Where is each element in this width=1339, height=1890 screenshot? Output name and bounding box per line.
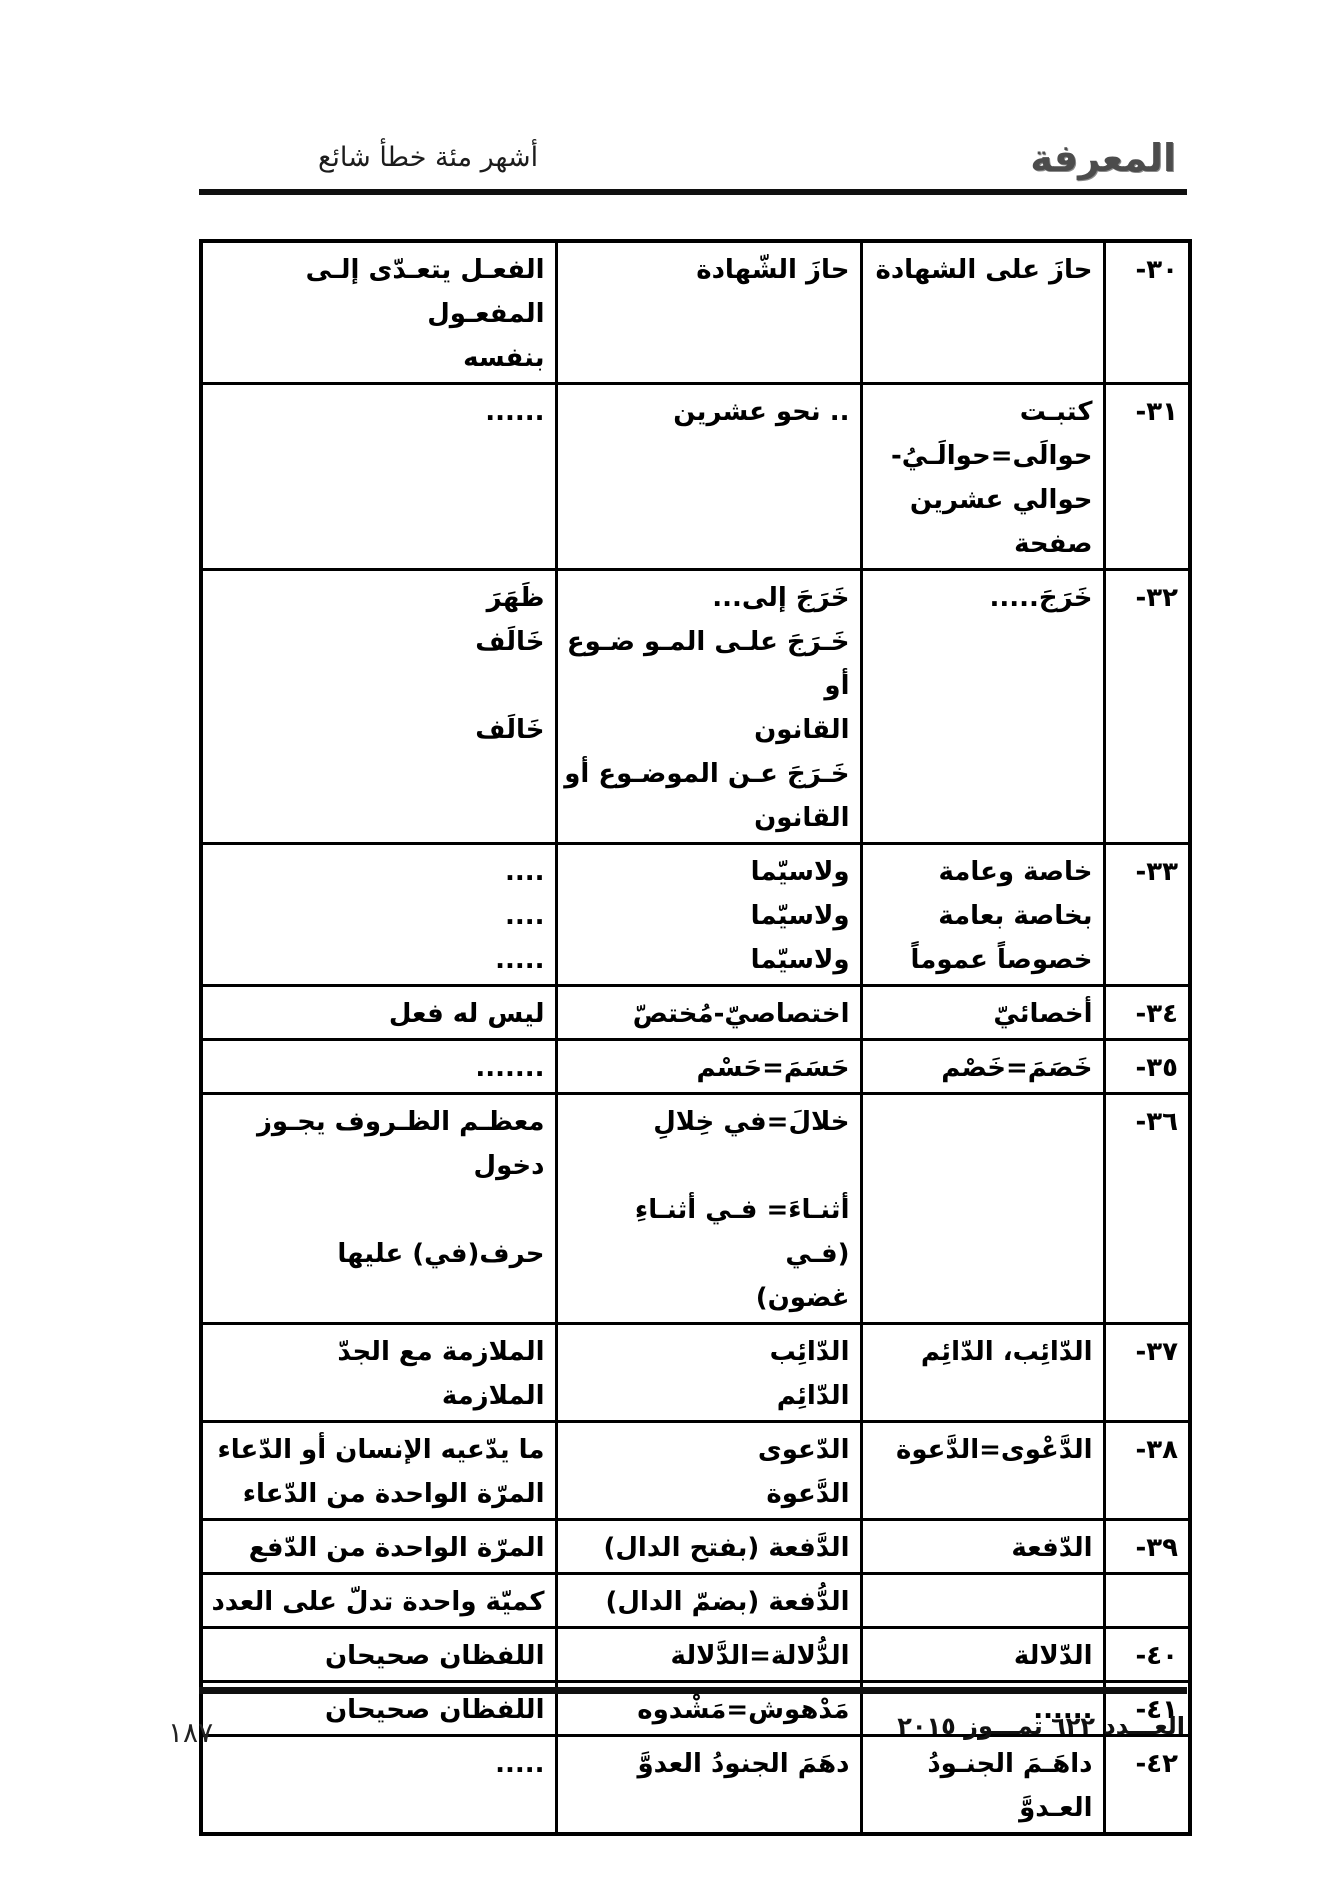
table-row: ٣١-كتبـت حوالَى=حوالَـيُ-حوالي عشرين صفح… [201, 384, 1190, 570]
cell-line: ٣٠- [1112, 248, 1179, 292]
cell-line: خَـرَجَ علـى المـو ضـوع أو [564, 620, 850, 708]
issue-info: العـــدد ٦٢٢ تمـــوز ٢٠١٥ [897, 1712, 1185, 1740]
cell-line [869, 1580, 1093, 1624]
magazine-page: أشهر مئة خطأ شائع المعرفة ٣٠-حازَ على ال… [0, 0, 1339, 1890]
cell-line: اختصاصيّ-مُختصّ [564, 992, 850, 1036]
cell-line: .... [209, 894, 545, 938]
cell-wrong-usage [861, 1574, 1104, 1628]
cell-line: .. نحو عشرين [564, 390, 850, 434]
cell-explanation: معظـم الظـروف يجـوز دخولحرف(في) عليها [201, 1094, 556, 1324]
cell-line: ٣٢- [1112, 576, 1179, 620]
cell-line: الدّائِب [564, 1330, 850, 1374]
cell-line: اللفظان صحيحان [209, 1634, 545, 1678]
cell-row-number: ٤٢- [1104, 1736, 1190, 1835]
cell-explanation: ليس له فعل [201, 986, 556, 1040]
errors-table-body: ٣٠-حازَ على الشهادةحازَ الشّهادةالفعـل ي… [201, 241, 1190, 1834]
cell-line: الملازمة مع الجدّ [209, 1330, 545, 1374]
cell-line: خَرَجَ إلى... [564, 576, 850, 620]
cell-line: بخاصة بعامة [869, 894, 1093, 938]
cell-wrong-usage: خَرَجَ..... [861, 570, 1104, 844]
cell-row-number: ٣٥- [1104, 1040, 1190, 1094]
cell-correct-usage: الدّائِبالدّائِم [556, 1324, 861, 1422]
cell-explanation: المرّة الواحدة من الدّفع [201, 1520, 556, 1574]
cell-line: معظـم الظـروف يجـوز دخول [209, 1100, 545, 1188]
table-row: ٣٥-خَصَمَ=خَصْمحَسَمَ=حَسْم....... [201, 1040, 1190, 1094]
cell-correct-usage: حازَ الشّهادة [556, 241, 861, 384]
cell-row-number: ٣٧- [1104, 1324, 1190, 1422]
cell-line: الدُّلالة=الدَّلالة [564, 1634, 850, 1678]
cell-line: المرّة الواحدة من الدّفع [209, 1526, 545, 1570]
cell-wrong-usage: داهَـمَ الجنـودُ العـدوَّ [861, 1736, 1104, 1835]
cell-line: داهَـمَ الجنـودُ العـدوَّ [869, 1742, 1093, 1830]
cell-line: مَدْهوش=مَشْدوه [564, 1688, 850, 1732]
cell-line: ٣١- [1112, 390, 1179, 434]
cell-row-number: ٣٤- [1104, 986, 1190, 1040]
cell-wrong-usage: حازَ على الشهادة [861, 241, 1104, 384]
table-row: ٣٨-الدَّعْوى=الدَّعوةالدّعوىالدَّعوةما ي… [201, 1422, 1190, 1520]
cell-line: الدّفعة [869, 1526, 1093, 1570]
cell-line: المرّة الواحدة من الدّعاء [209, 1472, 545, 1516]
cell-row-number: ٣٣- [1104, 844, 1190, 986]
cell-line: حوالي عشرين صفحة [869, 478, 1093, 566]
cell-line: خلالَ=في خِلالِ [564, 1100, 850, 1144]
cell-line [564, 1144, 850, 1188]
cell-line [209, 664, 545, 708]
cell-line: دهَمَ الجنودُ العدوَّ [564, 1742, 850, 1786]
cell-row-number: ٣٠- [1104, 241, 1190, 384]
cell-wrong-usage: خَصَمَ=خَصْم [861, 1040, 1104, 1094]
cell-line [209, 1188, 545, 1232]
cell-line [209, 752, 545, 796]
cell-line: ولاسيّما [564, 894, 850, 938]
cell-line: الدّائِب، الدّائِم [869, 1330, 1093, 1374]
cell-line: القانون [564, 796, 850, 840]
cell-line: خَرَجَ..... [869, 576, 1093, 620]
cell-line: خَـرَجَ عـن الموضـوع أو [564, 752, 850, 796]
common-errors-table: ٣٠-حازَ على الشهادةحازَ الشّهادةالفعـل ي… [199, 239, 1192, 1836]
cell-line: الدّعوى [564, 1428, 850, 1472]
cell-line: ٣٨- [1112, 1428, 1179, 1472]
cell-line: كتبـت حوالَى=حوالَـيُ- [869, 390, 1093, 478]
table-row: ٣٢-خَرَجَ.....خَرَجَ إلى...خَـرَجَ علـى … [201, 570, 1190, 844]
cell-line: خاصة وعامة [869, 850, 1093, 894]
cell-line: الدَّعْوى=الدَّعوة [869, 1428, 1093, 1472]
cell-line: الدُّفعة (بضمّ الدال) [564, 1580, 850, 1624]
cell-correct-usage: اختصاصيّ-مُختصّ [556, 986, 861, 1040]
cell-correct-usage: حَسَمَ=حَسْم [556, 1040, 861, 1094]
table-row: ٣٤-أخصائيّاختصاصيّ-مُختصّليس له فعل [201, 986, 1190, 1040]
cell-explanation: كميّة واحدة تدلّ على العدد [201, 1574, 556, 1628]
cell-line: الفعـل يتعـدّى إلـى المفعـول [209, 248, 545, 336]
cell-line [209, 1276, 545, 1320]
cell-wrong-usage: خاصة وعامةبخاصة بعامةخصوصاً عموماً [861, 844, 1104, 986]
table-row: ٤٠-الدّلالةالدُّلالة=الدَّلالةاللفظان صح… [201, 1628, 1190, 1682]
table-row: الدُّفعة (بضمّ الدال)كميّة واحدة تدلّ عل… [201, 1574, 1190, 1628]
cell-row-number: ٤٠- [1104, 1628, 1190, 1682]
cell-line: ٣٩- [1112, 1526, 1179, 1570]
cell-wrong-usage: الدّفعة [861, 1520, 1104, 1574]
cell-line: ..... [209, 938, 545, 982]
footer-divider [199, 1687, 1187, 1694]
header-divider [199, 189, 1187, 195]
cell-line: ..... [209, 1742, 545, 1786]
cell-correct-usage: الدَّفعة (بفتح الدال) [556, 1520, 861, 1574]
cell-correct-usage: خَرَجَ إلى...خَـرَجَ علـى المـو ضـوع أوا… [556, 570, 861, 844]
cell-line: كميّة واحدة تدلّ على العدد [209, 1580, 545, 1624]
cell-line: ٤٢- [1112, 1742, 1179, 1786]
cell-line [869, 1100, 1093, 1144]
cell-line: الدَّعوة [564, 1472, 850, 1516]
cell-line: القانون [564, 708, 850, 752]
cell-line: ظَهَرَ [209, 576, 545, 620]
cell-line: حَسَمَ=حَسْم [564, 1046, 850, 1090]
cell-wrong-usage: الدّلالة [861, 1628, 1104, 1682]
cell-row-number: ٣٢- [1104, 570, 1190, 844]
cell-correct-usage: .. نحو عشرين [556, 384, 861, 570]
cell-line: غضون) [564, 1276, 850, 1320]
cell-explanation: ............. [201, 844, 556, 986]
cell-explanation: ..... [201, 1736, 556, 1835]
cell-line: أخصائيّ [869, 992, 1093, 1036]
cell-row-number: ٣٩- [1104, 1520, 1190, 1574]
cell-line: خَالَف [209, 708, 545, 752]
cell-explanation: الملازمة مع الجدّالملازمة [201, 1324, 556, 1422]
cell-line: ما يدّعيه الإنسان أو الدّعاء [209, 1428, 545, 1472]
cell-wrong-usage: الدّائِب، الدّائِم [861, 1324, 1104, 1422]
cell-correct-usage: الدّعوىالدَّعوة [556, 1422, 861, 1520]
cell-explanation: ما يدّعيه الإنسان أو الدّعاءالمرّة الواح… [201, 1422, 556, 1520]
cell-row-number [1104, 1574, 1190, 1628]
table-row: ٣٦-خلالَ=في خِلالِأثنـاءَ= فـي أثنـاءِ (… [201, 1094, 1190, 1324]
cell-row-number: ٣١- [1104, 384, 1190, 570]
cell-explanation: ....... [201, 1040, 556, 1094]
cell-line: ٣٧- [1112, 1330, 1179, 1374]
cell-line: ٣٣- [1112, 850, 1179, 894]
cell-line: .... [209, 850, 545, 894]
cell-line: بنفسه [209, 336, 545, 380]
page-title: أشهر مئة خطأ شائع [318, 142, 538, 173]
cell-line: حازَ على الشهادة [869, 248, 1093, 292]
table-row: ٤٢-داهَـمَ الجنـودُ العـدوَّدهَمَ الجنود… [201, 1736, 1190, 1835]
cell-line: ٣٥- [1112, 1046, 1179, 1090]
cell-explanation: ظَهَرَخَالَفخَالَف [201, 570, 556, 844]
cell-line: ولاسيّما [564, 850, 850, 894]
cell-wrong-usage: كتبـت حوالَى=حوالَـيُ-حوالي عشرين صفحة [861, 384, 1104, 570]
cell-line: ٣٦- [1112, 1100, 1179, 1144]
page-number: ١٨٧ [168, 1716, 213, 1749]
cell-line: أثنـاءَ= فـي أثنـاءِ (فـي [564, 1188, 850, 1276]
cell-row-number: ٣٦- [1104, 1094, 1190, 1324]
cell-line: الدّائِم [564, 1374, 850, 1418]
cell-line: ٤٠- [1112, 1634, 1179, 1678]
cell-correct-usage: الدُّلالة=الدَّلالة [556, 1628, 861, 1682]
cell-line: ٣٤- [1112, 992, 1179, 1036]
cell-line: الدَّفعة (بفتح الدال) [564, 1526, 850, 1570]
cell-wrong-usage: الدَّعْوى=الدَّعوة [861, 1422, 1104, 1520]
cell-correct-usage: الدُّفعة (بضمّ الدال) [556, 1574, 861, 1628]
table-row: ٣٠-حازَ على الشهادةحازَ الشّهادةالفعـل ي… [201, 241, 1190, 384]
table-row: ٣٧-الدّائِب، الدّائِمالدّائِبالدّائِمالم… [201, 1324, 1190, 1422]
cell-correct-usage: دهَمَ الجنودُ العدوَّ [556, 1736, 861, 1835]
cell-correct-usage: ولاسيّماولاسيّماولاسيّما [556, 844, 861, 986]
cell-line: حرف(في) عليها [209, 1232, 545, 1276]
table-row: ٣٣-خاصة وعامةبخاصة بعامةخصوصاً عموماًولا… [201, 844, 1190, 986]
cell-line: اللفظان صحيحان [209, 1688, 545, 1732]
cell-line [564, 1786, 850, 1830]
cell-line: ولاسيّما [564, 938, 850, 982]
cell-line: الملازمة [209, 1374, 545, 1418]
cell-explanation: ...... [201, 384, 556, 570]
magazine-logo: المعرفة [1030, 136, 1176, 180]
cell-correct-usage: خلالَ=في خِلالِأثنـاءَ= فـي أثنـاءِ (فـي… [556, 1094, 861, 1324]
cell-wrong-usage [861, 1094, 1104, 1324]
cell-explanation: الفعـل يتعـدّى إلـى المفعـولبنفسه [201, 241, 556, 384]
cell-line: ليس له فعل [209, 992, 545, 1036]
cell-line: حازَ الشّهادة [564, 248, 850, 292]
cell-row-number: ٣٨- [1104, 1422, 1190, 1520]
table-row: ٣٩-الدّفعةالدَّفعة (بفتح الدال)المرّة ال… [201, 1520, 1190, 1574]
cell-line: خصوصاً عموماً [869, 938, 1093, 982]
cell-line: ....... [209, 1046, 545, 1090]
cell-wrong-usage: أخصائيّ [861, 986, 1104, 1040]
cell-explanation: اللفظان صحيحان [201, 1628, 556, 1682]
cell-line: ...... [209, 390, 545, 434]
cell-line: خَالَف [209, 620, 545, 664]
cell-line [1112, 1580, 1179, 1624]
cell-line: خَصَمَ=خَصْم [869, 1046, 1093, 1090]
cell-line: الدّلالة [869, 1634, 1093, 1678]
